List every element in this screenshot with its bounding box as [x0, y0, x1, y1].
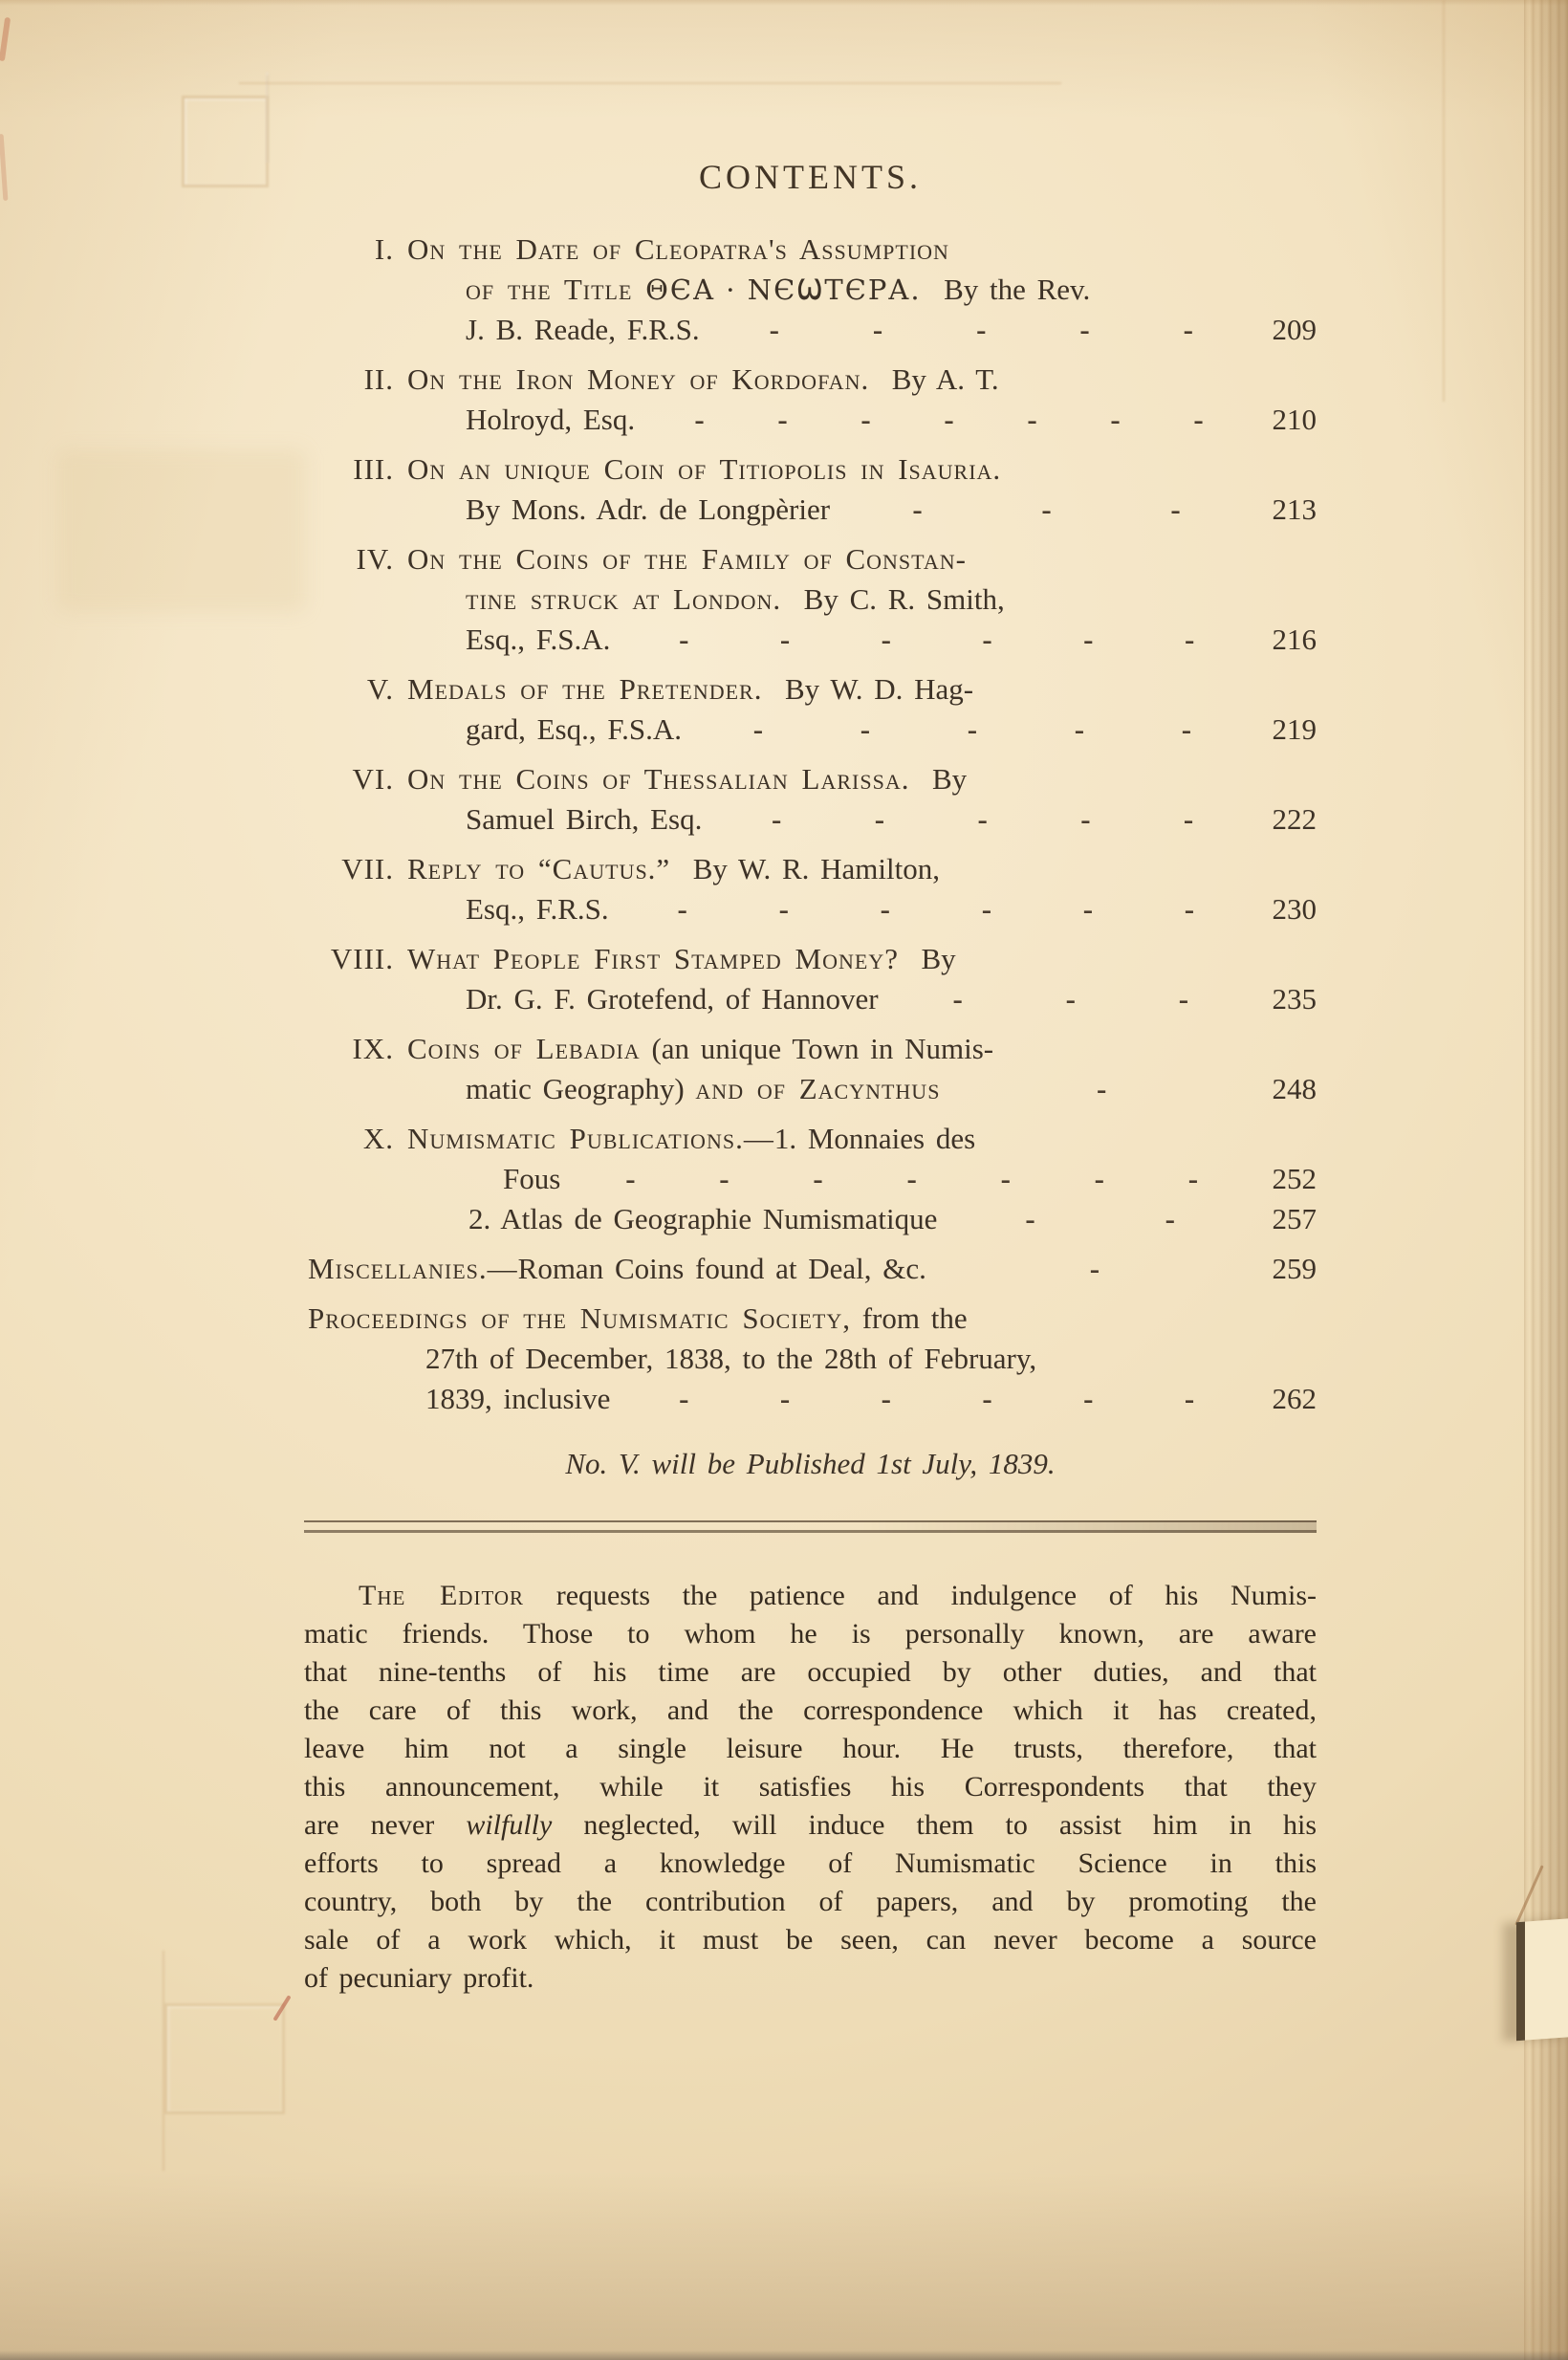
toc-numeral: V.	[304, 669, 394, 710]
text-segment: On the Iron Money of Kordofan.	[407, 362, 869, 396]
leader-dashes: -------	[560, 1159, 1255, 1199]
text-segment: By	[899, 942, 956, 975]
toc-line: IV.On the Coins of the Family of Constan…	[304, 539, 1317, 579]
text-segment: By	[909, 762, 967, 796]
toc-numeral: II.	[304, 360, 394, 400]
toc-line-text: On the Coins of the Family of Constan-	[407, 539, 967, 579]
toc-numeral: IV.	[304, 539, 394, 579]
toc-line-text: 27th of December, 1838, to the 28th of F…	[425, 1339, 1036, 1379]
page-title: CONTENTS.	[304, 157, 1317, 203]
toc-line: By Mons. Adr. de Longpèrier---213	[304, 490, 1317, 530]
text-segment: On the Coins of the Family of Constan-	[407, 542, 967, 576]
toc-line: I.On the Date of Cleopatra's Assumption	[304, 229, 1317, 270]
paragraph-line: sale of a work which, it must be seen, c…	[304, 1921, 1317, 1959]
page-notch-crease	[1514, 1865, 1543, 1925]
text-segment: (an unique Town in Numis-	[641, 1032, 993, 1065]
paragraph-line: are never wilfully neglected, will induc…	[304, 1806, 1317, 1845]
toc-line-text: gard, Esq., F.S.A.	[466, 710, 682, 750]
toc-line: Esq., F.S.A.------216	[304, 620, 1317, 660]
toc-line-text: Esq., F.S.A.	[466, 620, 610, 660]
toc-line-text: Esq., F.R.S.	[466, 889, 609, 929]
text-segment: By W. D. Hag-	[762, 672, 973, 706]
text-segment: country, both by the contribution of pap…	[304, 1886, 1317, 1917]
text-segment: the care of this work, and the correspon…	[304, 1694, 1317, 1726]
text-segment: 27th of December, 1838, to the 28th of F…	[425, 1342, 1036, 1375]
text-segment: neglected, will induce them to assist hi…	[552, 1809, 1317, 1841]
page-number: 248	[1255, 1069, 1317, 1109]
text-segment: Medals of the Pretender.	[407, 672, 762, 706]
scanned-book-page: CONTENTS. I.On the Date of Cleopatra's A…	[0, 0, 1568, 2360]
toc-line-text: On the Iron Money of Kordofan. By A. T.	[407, 360, 999, 400]
text-segment: Holroyd, Esq.	[466, 403, 635, 436]
toc-entry: X.Numismatic Publications.—1. Monnaies d…	[304, 1119, 1317, 1239]
show-through-ghost-text	[57, 449, 306, 612]
text-segment: efforts to spread a knowledge of Numisma…	[304, 1847, 1317, 1879]
paragraph-line: matic friends. Those to whom he is perso…	[304, 1615, 1317, 1653]
page-number: 252	[1255, 1159, 1317, 1199]
text-segment: matic friends. Those to whom he is perso…	[304, 1618, 1317, 1650]
toc-line-text: Reply to “Cautus.” By W. R. Hamilton,	[407, 849, 940, 889]
text-segment: matic Geography)	[466, 1072, 695, 1105]
toc-line-text: Dr. G. F. Grotefend, of Hannover	[466, 979, 879, 1019]
double-rule-divider	[304, 1520, 1317, 1533]
page-number: 219	[1255, 710, 1317, 750]
leader-dashes: ---	[879, 979, 1255, 1019]
text-segment: 1. Monnaies des	[774, 1122, 975, 1155]
toc-line: Holroyd, Esq.-------210	[304, 400, 1317, 440]
leader-dashes: -	[940, 1069, 1255, 1109]
paragraph-line: leave him not a single leisure hour. He …	[304, 1730, 1317, 1768]
text-segment: leave him not a single leisure hour. He …	[304, 1733, 1317, 1764]
toc-numeral: VIII.	[304, 939, 394, 979]
toc-line: gard, Esq., F.S.A.-----219	[304, 710, 1317, 750]
text-segment: On the Date of Cleopatra's Assumption	[407, 232, 949, 266]
toc-line-text: Fous	[503, 1159, 560, 1199]
leader-dashes: -----	[700, 310, 1255, 350]
emboss-stamp-bottom	[164, 2003, 285, 2114]
editor-paragraph: The Editor requests the patience and ind…	[304, 1577, 1317, 1998]
text-segment: requests the patience and indulgence of …	[524, 1580, 1317, 1611]
toc-line-text: 1839, inclusive	[425, 1379, 610, 1419]
toc-line: J. B. Reade, F.R.S.-----209	[304, 310, 1317, 350]
text-segment: Esq., F.R.S.	[466, 892, 609, 926]
toc-line-text: By Mons. Adr. de Longpèrier	[466, 490, 830, 530]
leader-dashes: -----	[682, 710, 1255, 750]
page-number: 259	[1255, 1249, 1317, 1289]
toc-entry: Miscellanies.—Roman Coins found at Deal,…	[304, 1249, 1317, 1289]
page-number: 216	[1255, 620, 1317, 660]
text-segment: wilfully	[466, 1809, 552, 1841]
page-number: 209	[1255, 310, 1317, 350]
toc-line-text: What People First Stamped Money? By	[407, 939, 956, 979]
text-segment: By A. T.	[869, 362, 998, 396]
text-segment: ΘЄΑ · ΝЄѠΤЄΡΑ.	[645, 273, 921, 306]
paragraph-line: efforts to spread a knowledge of Numisma…	[304, 1845, 1317, 1883]
text-segment: By the Rev.	[922, 273, 1091, 306]
toc-line: VI.On the Coins of Thessalian Larissa. B…	[304, 759, 1317, 799]
paragraph-line: country, both by the contribution of pap…	[304, 1883, 1317, 1921]
page-number: 257	[1255, 1199, 1317, 1239]
toc-entry: VII.Reply to “Cautus.” By W. R. Hamilton…	[304, 849, 1317, 929]
leader-dashes: ------	[610, 1379, 1255, 1419]
text-segment: The Editor	[359, 1580, 524, 1611]
text-segment: gard, Esq., F.S.A.	[466, 712, 682, 746]
text-segment: Proceedings of the Numismatic Society,	[308, 1301, 851, 1335]
text-segment: Fous	[503, 1162, 560, 1195]
toc-line: II.On the Iron Money of Kordofan. By A. …	[304, 360, 1317, 400]
toc-line-text: Numismatic Publications.—1. Monnaies des	[407, 1119, 975, 1159]
leader-dashes: --	[937, 1199, 1255, 1239]
page-number: 210	[1255, 400, 1317, 440]
leader-dashes: -	[926, 1249, 1255, 1289]
text-segment: and of Zacynthus	[695, 1072, 940, 1105]
page-number: 230	[1255, 889, 1317, 929]
paragraph-line: The Editor requests the patience and ind…	[304, 1577, 1317, 1615]
crease-line-right	[1443, 0, 1445, 402]
toc-line-text: Samuel Birch, Esq.	[466, 799, 702, 840]
toc-numeral: VI.	[304, 759, 394, 799]
toc-line: III.On an unique Coin of Titiopolis in I…	[304, 449, 1317, 490]
text-segment: What People First Stamped Money?	[407, 942, 899, 975]
toc-line-text: On the Date of Cleopatra's Assumption	[407, 229, 949, 270]
toc-line-text: On an unique Coin of Titiopolis in Isaur…	[407, 449, 1001, 490]
paragraph-line: of pecuniary profit.	[304, 1959, 1317, 1998]
toc-line-text: J. B. Reade, F.R.S.	[466, 310, 700, 350]
text-segment: of pecuniary profit.	[304, 1962, 534, 1994]
toc-entry: IX.Coins of Lebadia (an unique Town in N…	[304, 1029, 1317, 1109]
leader-dashes: ------	[610, 620, 1255, 660]
toc-entry: VIII.What People First Stamped Money? By…	[304, 939, 1317, 1019]
red-stray-mark	[0, 17, 11, 61]
text-segment: Samuel Birch, Esq.	[466, 802, 702, 836]
toc-line-text: Miscellanies.—Roman Coins found at Deal,…	[308, 1249, 926, 1289]
text-segment: On an unique Coin of Titiopolis in Isaur…	[407, 452, 1001, 486]
toc-line: 1839, inclusive------262	[304, 1379, 1317, 1419]
toc-line-text: Holroyd, Esq.	[466, 400, 635, 440]
leader-dashes: -------	[635, 400, 1255, 440]
toc-numeral: VII.	[304, 849, 394, 889]
toc-line-text: 2. Atlas de Geographie Numismatique	[468, 1199, 937, 1239]
text-segment: By Mons. Adr. de Longpèrier	[466, 492, 830, 526]
toc-entry: II.On the Iron Money of Kordofan. By A. …	[304, 360, 1317, 440]
toc-line-text: of the Title ΘЄΑ · ΝЄѠΤЄΡΑ. By the Rev.	[466, 270, 1090, 310]
leader-dashes: ---	[830, 490, 1255, 530]
page-number: 262	[1255, 1379, 1317, 1419]
page-content: CONTENTS. I.On the Date of Cleopatra's A…	[304, 0, 1317, 1998]
page-number: 213	[1255, 490, 1317, 530]
text-segment: J. B. Reade, F.R.S.	[466, 313, 700, 346]
red-stray-mark	[0, 134, 8, 201]
emboss-stamp-top	[182, 96, 269, 187]
text-segment: Coins of Lebadia	[407, 1032, 641, 1065]
toc-line: 27th of December, 1838, to the 28th of F…	[304, 1339, 1317, 1379]
page-number: 222	[1255, 799, 1317, 840]
toc-numeral: X.	[304, 1119, 394, 1159]
text-segment: sale of a work which, it must be seen, c…	[304, 1924, 1317, 1956]
text-segment: 1839, inclusive	[425, 1382, 610, 1415]
text-segment: Dr. G. F. Grotefend, of Hannover	[466, 982, 879, 1016]
toc-line-text: tine struck at London. By C. R. Smith,	[466, 579, 1005, 620]
text-segment: By C. R. Smith,	[781, 582, 1005, 616]
toc-entry: I.On the Date of Cleopatra's Assumptiono…	[304, 229, 1317, 350]
toc-line-text: On the Coins of Thessalian Larissa. By	[407, 759, 967, 799]
toc-line-text: Medals of the Pretender. By W. D. Hag-	[407, 669, 973, 710]
text-segment: Roman Coins found at Deal, &c.	[518, 1252, 926, 1285]
toc-line: Dr. G. F. Grotefend, of Hannover---235	[304, 979, 1317, 1019]
text-segment: from the	[851, 1301, 968, 1335]
text-segment: Miscellanies.—	[308, 1252, 518, 1285]
toc-line: IX.Coins of Lebadia (an unique Town in N…	[304, 1029, 1317, 1069]
text-segment: Reply to “Cautus.”	[407, 852, 670, 885]
toc-numeral: III.	[304, 449, 394, 490]
toc-line: Samuel Birch, Esq.-----222	[304, 799, 1317, 840]
toc-line: V.Medals of the Pretender. By W. D. Hag-	[304, 669, 1317, 710]
text-segment: By W. R. Hamilton,	[670, 852, 940, 885]
page-number: 235	[1255, 979, 1317, 1019]
paragraph-line: the care of this work, and the correspon…	[304, 1692, 1317, 1730]
toc-entry: IV.On the Coins of the Family of Constan…	[304, 539, 1317, 660]
page-notch	[1516, 1918, 1568, 2041]
toc-line: X.Numismatic Publications.—1. Monnaies d…	[304, 1119, 1317, 1159]
toc-numeral: I.	[304, 229, 394, 270]
leader-dashes: -----	[702, 799, 1255, 840]
toc-line-text: matic Geography) and of Zacynthus	[466, 1069, 940, 1109]
toc-line-text: Coins of Lebadia (an unique Town in Numi…	[407, 1029, 993, 1069]
toc-entry: V.Medals of the Pretender. By W. D. Hag-…	[304, 669, 1317, 750]
text-segment: 2. Atlas de Geographie Numismatique	[468, 1202, 937, 1235]
toc-line: Esq., F.R.S.------230	[304, 889, 1317, 929]
toc-line: Miscellanies.—Roman Coins found at Deal,…	[304, 1249, 1317, 1289]
toc-line: of the Title ΘЄΑ · ΝЄѠΤЄΡΑ. By the Rev.	[304, 270, 1317, 310]
text-segment: Esq., F.S.A.	[466, 623, 610, 656]
text-segment: tine struck at London.	[466, 582, 781, 616]
toc-entry: Proceedings of the Numismatic Society, f…	[304, 1299, 1317, 1419]
paragraph-line: this announcement, while it satisfies hi…	[304, 1768, 1317, 1806]
emboss-stamp-top-bar	[266, 73, 269, 163]
text-segment: Numismatic Publications.—	[407, 1122, 774, 1155]
text-segment: On the Coins of Thessalian Larissa.	[407, 762, 909, 796]
toc-line: 2. Atlas de Geographie Numismatique--257	[304, 1199, 1317, 1239]
page-edge-bottom	[0, 2350, 1568, 2360]
toc-line: Fous-------252	[304, 1159, 1317, 1199]
toc-entry: VI.On the Coins of Thessalian Larissa. B…	[304, 759, 1317, 840]
toc-line: VIII.What People First Stamped Money? By	[304, 939, 1317, 979]
toc-line: tine struck at London. By C. R. Smith,	[304, 579, 1317, 620]
toc-line: matic Geography) and of Zacynthus-248	[304, 1069, 1317, 1109]
toc-entry: III.On an unique Coin of Titiopolis in I…	[304, 449, 1317, 530]
toc-numeral: IX.	[304, 1029, 394, 1069]
table-of-contents: I.On the Date of Cleopatra's Assumptiono…	[304, 229, 1317, 1419]
text-segment: this announcement, while it satisfies hi…	[304, 1771, 1317, 1803]
toc-line: VII.Reply to “Cautus.” By W. R. Hamilton…	[304, 849, 1317, 889]
text-segment: that nine-tenths of his time are occupie…	[304, 1656, 1317, 1688]
toc-line: Proceedings of the Numismatic Society, f…	[304, 1299, 1317, 1339]
paragraph-line: that nine-tenths of his time are occupie…	[304, 1653, 1317, 1692]
text-segment: of the Title	[466, 273, 645, 306]
crease-line-bottom-left	[163, 1951, 164, 2171]
leader-dashes: ------	[609, 889, 1255, 929]
text-segment: are never	[304, 1809, 466, 1841]
toc-line-text: Proceedings of the Numismatic Society, f…	[308, 1299, 968, 1339]
publication-note: No. V. will be Published 1st July, 1839.	[304, 1444, 1317, 1484]
